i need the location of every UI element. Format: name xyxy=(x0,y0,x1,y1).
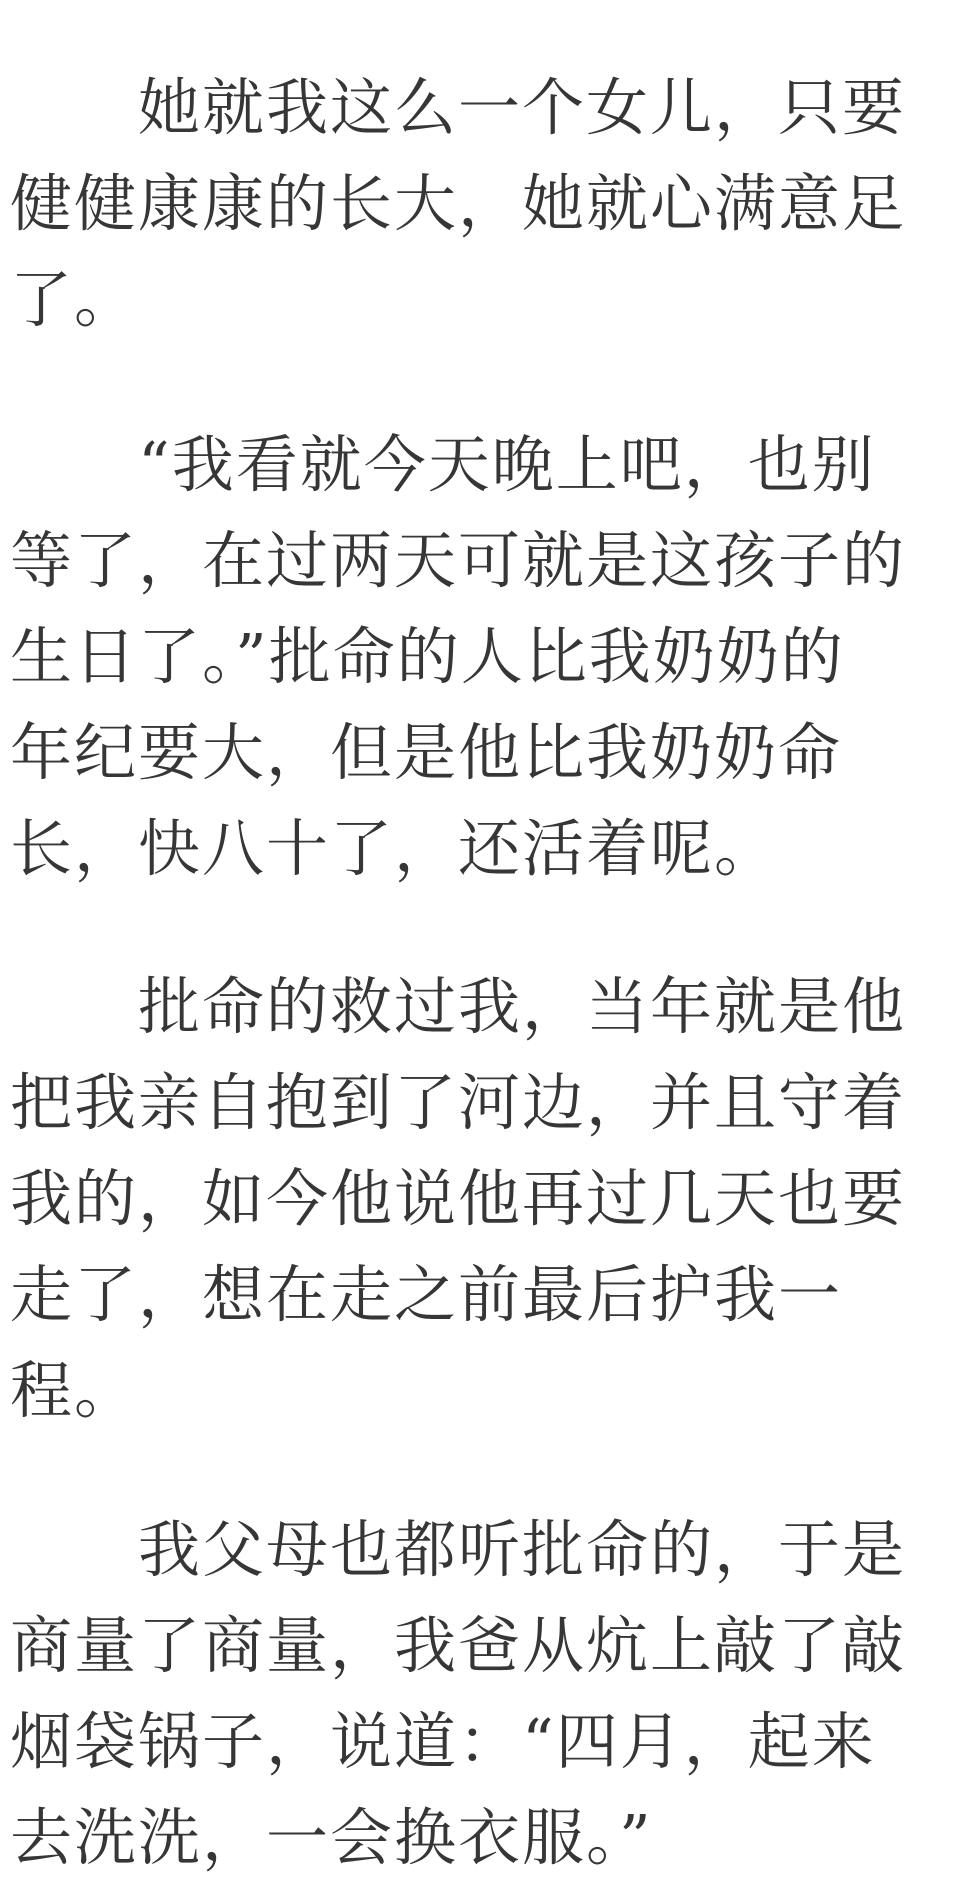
text-line: 把我亲自抱到了河边，并且守着 xyxy=(10,1055,950,1151)
paragraph-2: “我看就今天晚上吧，也别 等了，在过两天可就是这孩子的 生日了。”批命的人比我奶… xyxy=(10,417,950,897)
text-line: 年纪要大，但是他比我奶奶命 xyxy=(10,705,950,801)
text-line: “我看就今天晚上吧，也别 xyxy=(10,417,950,513)
text-line: 批命的救过我，当年就是他 xyxy=(10,959,950,1055)
paragraph-4: 我父母也都听批命的，于是 商量了商量，我爸从炕上敲了敲 烟袋锅子，说道：“四月，… xyxy=(10,1502,950,1886)
text-line: 她就我这么一个女儿，只要 xyxy=(10,60,950,156)
text-line: 走了，想在走之前最后护我一 xyxy=(10,1247,950,1343)
text-line: 去洗洗，一会换衣服。” xyxy=(10,1790,950,1886)
text-line: 我父母也都听批命的，于是 xyxy=(10,1502,950,1598)
paragraph-3: 批命的救过我，当年就是他 把我亲自抱到了河边，并且守着 我的，如今他说他再过几天… xyxy=(10,959,950,1439)
text-line: 我的，如今他说他再过几天也要 xyxy=(10,1151,950,1247)
article-page: 她就我这么一个女儿，只要 健健康康的长大，她就心满意足 了。 “我看就今天晚上吧… xyxy=(0,0,960,1896)
text-line: 长，快八十了，还活着呢。 xyxy=(10,801,950,897)
paragraph-1: 她就我这么一个女儿，只要 健健康康的长大，她就心满意足 了。 xyxy=(10,60,950,348)
text-line: 了。 xyxy=(10,252,950,348)
text-line: 生日了。”批命的人比我奶奶的 xyxy=(10,609,950,705)
text-line: 程。 xyxy=(10,1343,950,1439)
text-line: 等了，在过两天可就是这孩子的 xyxy=(10,513,950,609)
text-line: 烟袋锅子，说道：“四月，起来 xyxy=(10,1694,950,1790)
text-line: 健健康康的长大，她就心满意足 xyxy=(10,156,950,252)
text-line: 商量了商量，我爸从炕上敲了敲 xyxy=(10,1598,950,1694)
